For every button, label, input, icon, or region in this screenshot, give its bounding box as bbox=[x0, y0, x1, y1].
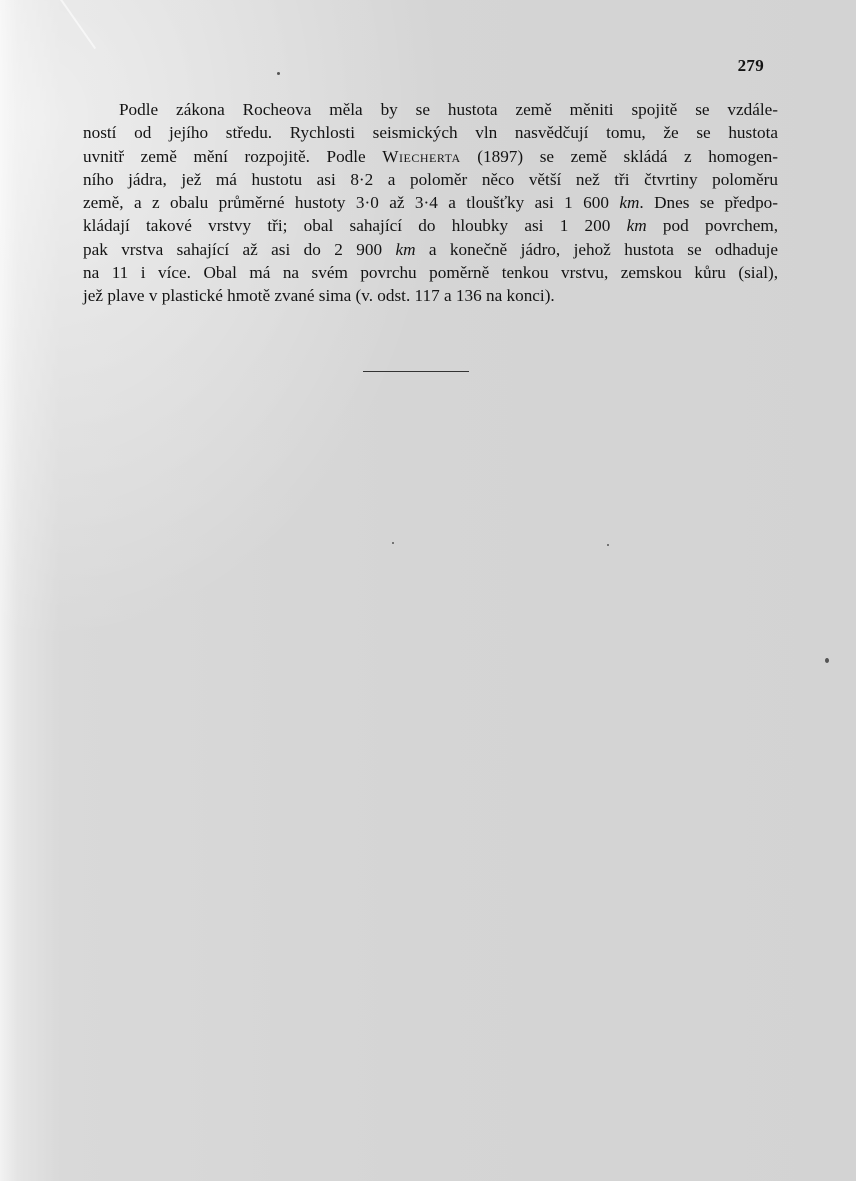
text-line: ností od jejího středu. Rychlosti seismi… bbox=[83, 121, 778, 144]
text-run: pak vrstva sahající až asi do 2 900 bbox=[83, 240, 395, 259]
text-run: (1897) se země skládá z homogen- bbox=[461, 147, 778, 166]
text-line: jež plave v plastické hmotě zvané sima (… bbox=[83, 284, 778, 307]
text-run: na 11 i více. Obal má na svém povrchu po… bbox=[83, 263, 778, 282]
text-run: kládají takové vrstvy tři; obal sahající… bbox=[83, 216, 627, 235]
text-run: jež plave v plastické hmotě zvané sima (… bbox=[83, 286, 555, 305]
text-run: ního jádra, jež má hustotu asi 8·2 a pol… bbox=[83, 170, 778, 189]
body-paragraph: Podle zákona Rocheova měla by se hustota… bbox=[83, 98, 778, 308]
text-line: Podle zákona Rocheova měla by se hustota… bbox=[83, 98, 778, 121]
section-end-rule bbox=[363, 371, 469, 372]
text-run: . Dnes se předpo- bbox=[639, 193, 778, 212]
text-run: a konečně jádro, jehož hustota se odhadu… bbox=[415, 240, 778, 259]
text-line: kládají takové vrstvy tři; obal sahající… bbox=[83, 214, 778, 237]
paper-speck bbox=[607, 544, 609, 546]
text-line: ního jádra, jež má hustotu asi 8·2 a pol… bbox=[83, 168, 778, 191]
text-run: uvnitř země mění rozpojitě. Podle bbox=[83, 147, 382, 166]
text-line: uvnitř země mění rozpojitě. Podle Wieche… bbox=[83, 145, 778, 168]
text-run: země, a z obalu průměrné hustoty 3·0 až … bbox=[83, 193, 619, 212]
text-run: ností od jejího středu. Rychlosti seismi… bbox=[83, 123, 778, 142]
text-line: země, a z obalu průměrné hustoty 3·0 až … bbox=[83, 191, 778, 214]
paper-speck bbox=[277, 72, 280, 75]
text-run: Podle zákona Rocheova měla by se hustota… bbox=[119, 100, 778, 119]
paper-speck bbox=[392, 542, 394, 544]
unit-text: km bbox=[395, 240, 415, 259]
unit-text: km bbox=[627, 216, 647, 235]
page-number: 279 bbox=[738, 56, 764, 76]
text-run: pod povrchem, bbox=[647, 216, 778, 235]
scanned-book-page: 279 Podle zákona Rocheova měla by se hus… bbox=[0, 0, 856, 1181]
unit-text: km bbox=[619, 193, 639, 212]
paper-crease bbox=[60, 0, 96, 49]
text-line: pak vrstva sahající až asi do 2 900 km a… bbox=[83, 238, 778, 261]
author-name: Wiecherta bbox=[382, 147, 460, 166]
paper-speck bbox=[825, 658, 829, 663]
text-line: na 11 i více. Obal má na svém povrchu po… bbox=[83, 261, 778, 284]
